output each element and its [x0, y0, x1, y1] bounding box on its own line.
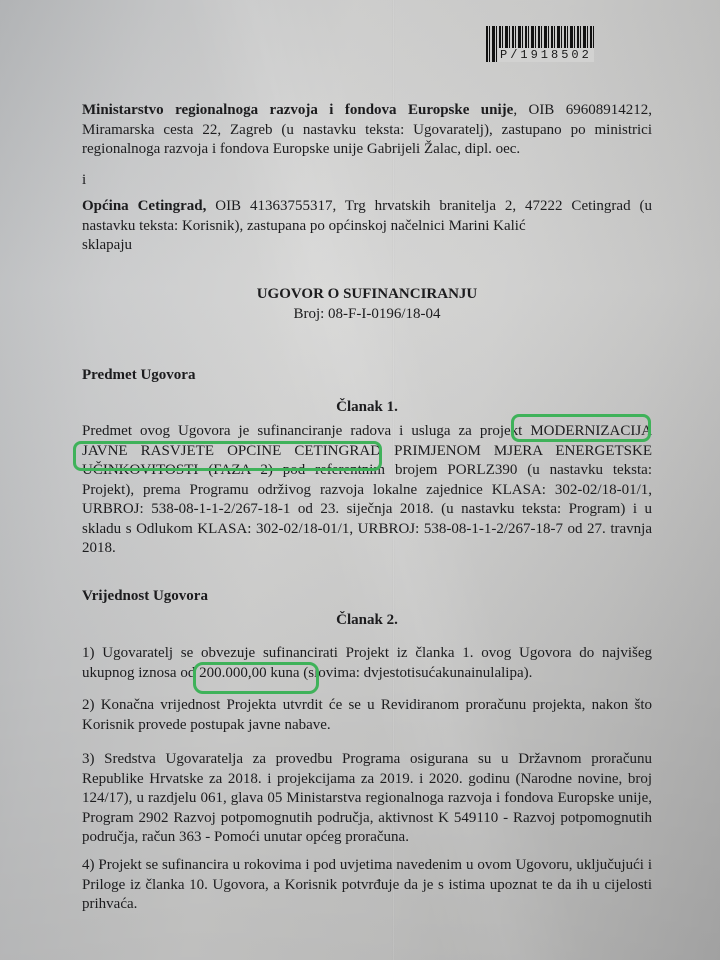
party-1: Ministarstvo regionalnoga razvoja i fond…: [82, 101, 652, 160]
barcode: P/1918502: [486, 26, 594, 66]
p4-text: 4) Projekt se sufinancira u rokovima i p…: [82, 856, 652, 915]
party-2: Općina Cetingrad, OIB 41363755317, Trg h…: [82, 197, 652, 256]
closing-word: sklapaju: [82, 236, 652, 256]
article-2: Članak 2.: [82, 611, 652, 631]
article-2-paragraph-2: 2) Konačna vrijednost Projekta utvrdit ć…: [82, 696, 652, 735]
article-1-text-start: Predmet ovog Ugovora je sufinanciranje r…: [82, 423, 530, 439]
p1-text-end: (slovima: dvjestotisućakunainulalipa).: [300, 665, 533, 681]
article-2-paragraph-3: 3) Sredstva Ugovaratelja za provedbu Pro…: [82, 750, 652, 848]
article-2-paragraph-4: 4) Projekt se sufinancira u rokovima i p…: [82, 856, 652, 915]
section-1-heading-text: Predmet Ugovora: [82, 366, 652, 386]
conjunction-text: i: [82, 171, 652, 191]
highlight-project-name-line2: [73, 441, 382, 471]
highlight-project-name-line1: [511, 414, 651, 442]
contract-title: UGOVOR O SUFINANCIRANJU: [82, 285, 652, 305]
party-2-name: Općina Cetingrad,: [82, 198, 206, 214]
contract-header: UGOVOR O SUFINANCIRANJU Broj: 08-F-I-019…: [82, 285, 652, 324]
highlight-contract-amount: [193, 662, 319, 694]
barcode-number: P/1918502: [498, 48, 594, 62]
article-2-paragraph-1: 1) Ugovaratelj se obvezuje sufinancirati…: [82, 644, 652, 683]
contract-number: Broj: 08-F-I-0196/18-04: [82, 305, 652, 325]
section-2-heading: Vrijednost Ugovora: [82, 587, 652, 607]
section-1-heading: Predmet Ugovora: [82, 366, 652, 386]
conjunction: i: [82, 171, 652, 191]
p3-text: 3) Sredstva Ugovaratelja za provedbu Pro…: [82, 750, 652, 848]
party-1-name: Ministarstvo regionalnoga razvoja i fond…: [82, 102, 513, 118]
section-2-heading-text: Vrijednost Ugovora: [82, 587, 652, 607]
article-2-title: Članak 2.: [82, 611, 652, 631]
p2-text: 2) Konačna vrijednost Projekta utvrdit ć…: [82, 696, 652, 735]
